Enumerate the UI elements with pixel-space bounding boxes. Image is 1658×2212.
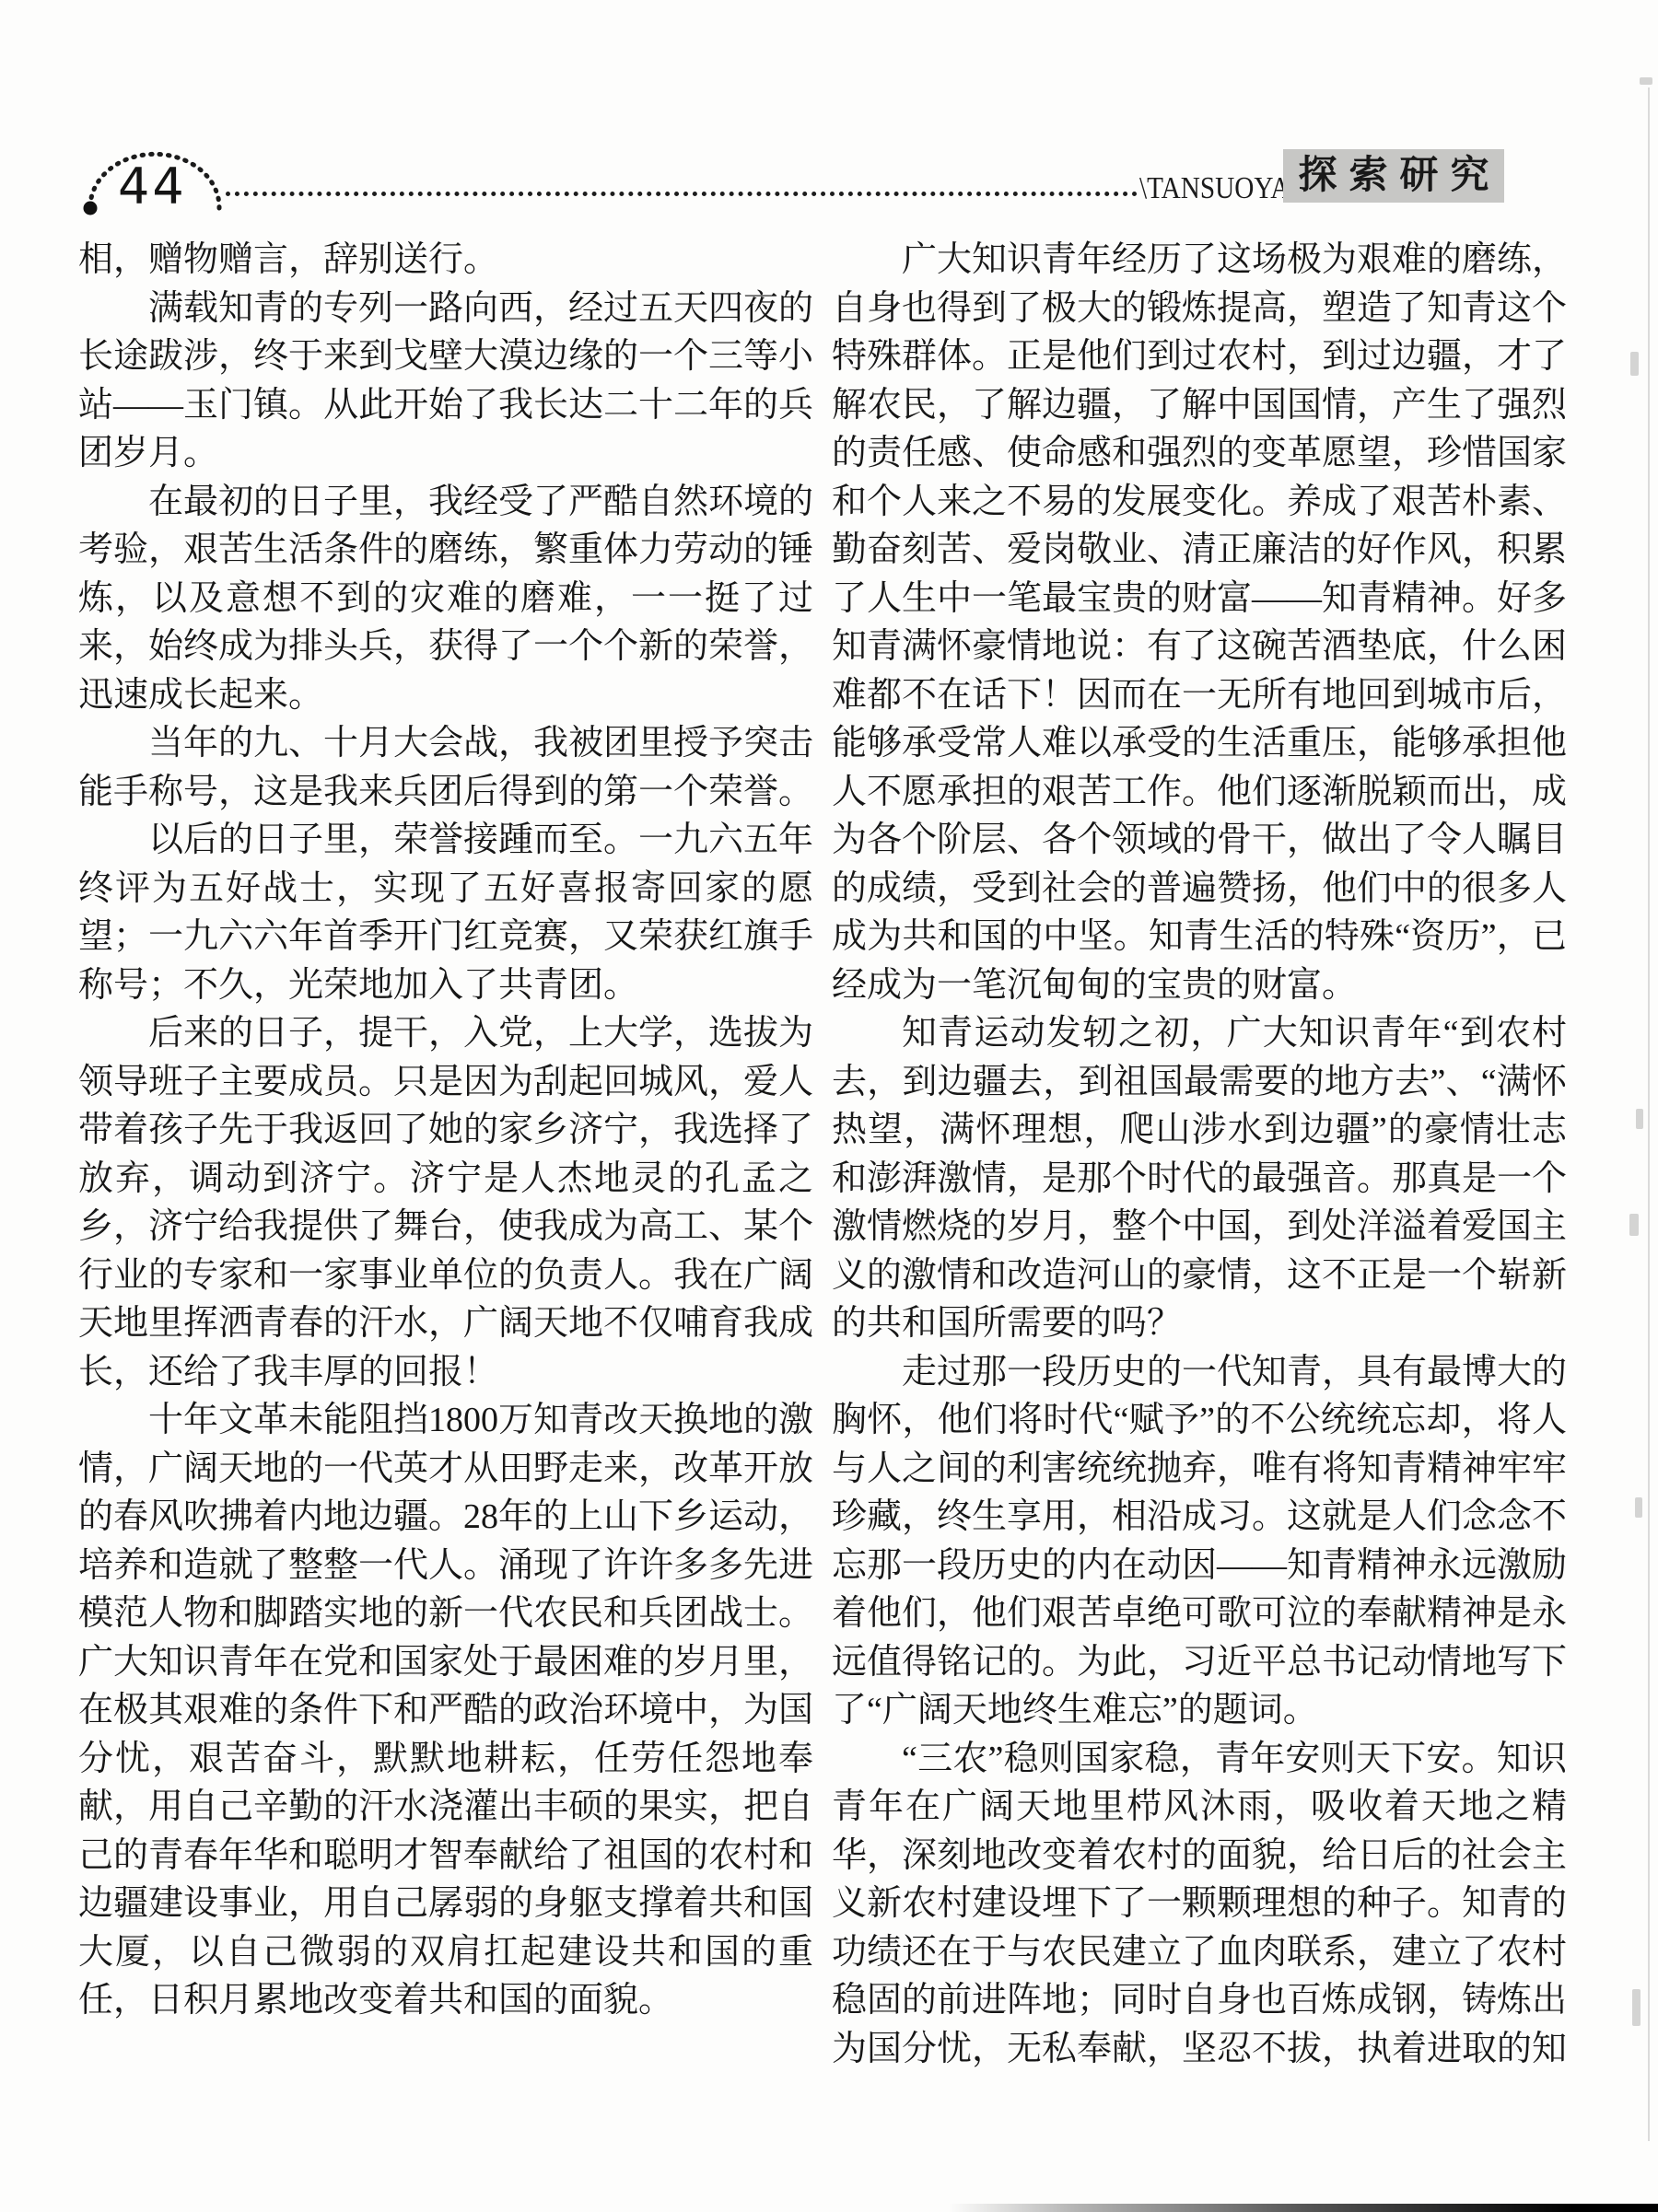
scan-artifact-bottom-bar — [949, 2204, 1658, 2212]
right-column: 广大知识青年经历了这场极为艰难的磨练，自身也得到了极大的锻炼提高，塑造了知青这个… — [832, 236, 1567, 2073]
left-column: 相，赠物赠言，辞别送行。满载知青的专列一路向西，经过五天四夜的长途跋涉，终于来到… — [78, 236, 813, 2025]
scan-artifact — [1635, 1497, 1642, 1518]
page-number-badge: 44 — [81, 146, 230, 225]
section-title: 探索研究 — [1286, 157, 1500, 195]
scan-artifact — [1629, 1214, 1639, 1236]
article-paragraph: 广大知识青年经历了这场极为艰难的磨练，自身也得到了极大的锻炼提高，塑造了知青这个… — [832, 236, 1567, 1009]
article-paragraph: 当年的九、十月大会战，我被团里授予突击能手称号，这是我来兵团后得到的第一个荣誉。 — [78, 719, 813, 816]
section-title-box: 探索研究 — [1283, 149, 1504, 203]
article-paragraph: 满载知青的专列一路向西，经过五天四夜的长途跋涉，终于来到戈壁大漠边缘的一个三等小… — [78, 285, 813, 478]
scan-artifact — [1640, 77, 1652, 85]
article-paragraph: 相，赠物赠言，辞别送行。 — [78, 236, 813, 285]
article-paragraph: 知青运动发轫之初，广大知识青年“到农村去，到边疆去，到祖国最需要的地方去”、“满… — [832, 1009, 1567, 1348]
scan-artifact — [1636, 1109, 1643, 1129]
article-paragraph: 后来的日子，提干，入党，上大学，选拔为领导班子主要成员。只是因为刮起回城风，爱人… — [78, 1009, 813, 1396]
article-paragraph: 走过那一段历史的一代知青，具有最博大的胸怀，他们将时代“赋予”的不公统统忘却，将… — [832, 1348, 1567, 1735]
article-paragraph: 在最初的日子里，我经受了严酷自然环境的考验，艰苦生活条件的磨练，繁重体力劳动的锤… — [78, 478, 813, 720]
article-paragraph: 十年文革未能阻挡1800万知青改天换地的激情，广阔天地的一代英才从田野走来，改革… — [78, 1396, 813, 2025]
page-number: 44 — [118, 162, 187, 212]
article-paragraph: 以后的日子里，荣誉接踵而至。一九六五年终评为五好战士，实现了五好喜报寄回家的愿望… — [78, 816, 813, 1009]
scanned-journal-page: 44 \TANSUOYANJIU 探索研究 相，赠物赠言，辞别送行。满载知青的专… — [0, 0, 1658, 2212]
scan-artifact — [1632, 1989, 1640, 2026]
article-paragraph: “三农”稳则国家稳，青年安则天下安。知识青年在广阔天地里栉风沐雨，吸收着天地之精… — [832, 1735, 1567, 2074]
scan-artifact-right-edge-line — [1648, 87, 1650, 2141]
dotted-leader-line — [226, 164, 1138, 196]
scan-artifact — [1630, 352, 1639, 376]
